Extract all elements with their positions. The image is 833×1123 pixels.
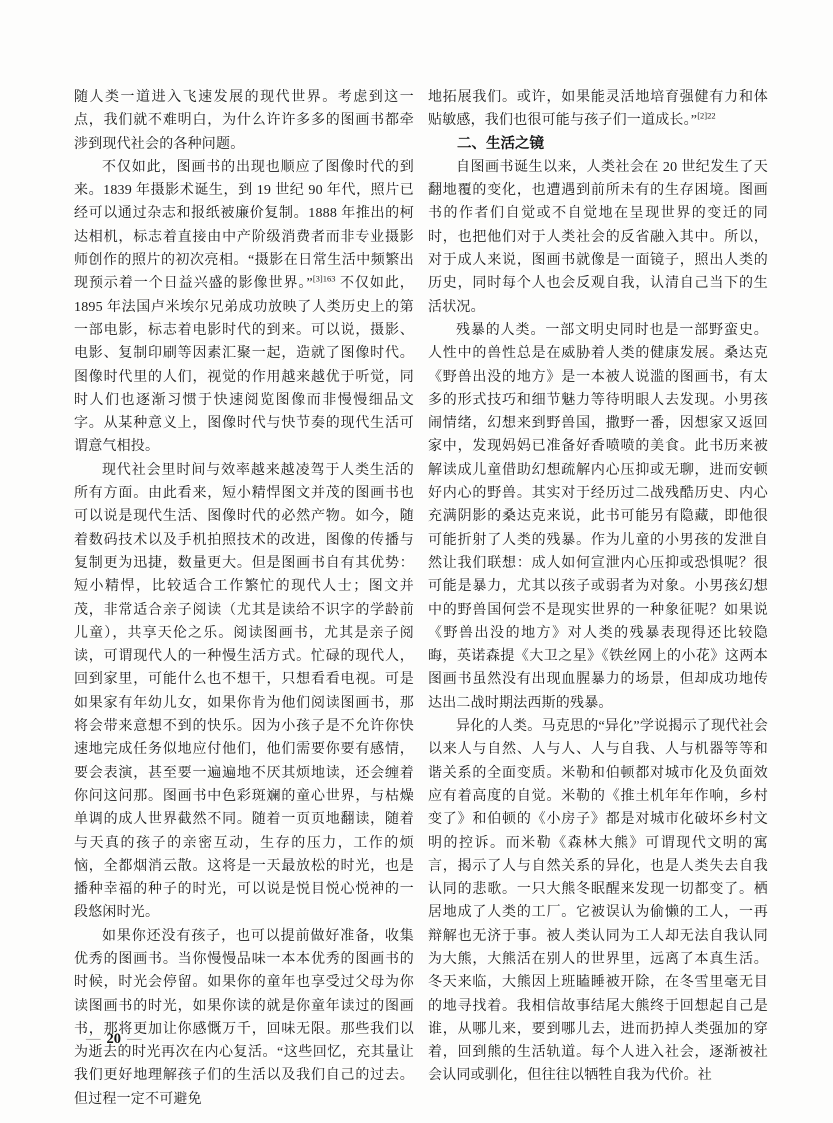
page-number-dash-right: —: [127, 1031, 142, 1047]
paragraph-text: 异化的人类。马克思的“异化”学说揭示了现代社会以来人与自然、人与人、人与自我、人…: [428, 719, 768, 1083]
paragraph-text: 随人类一道进入飞速发展的现代世界。考虑到这一点，我们就不难明白，为什么许许多多的…: [74, 90, 414, 152]
paragraph-text: 自图画书诞生以来，人类社会在 20 世纪发生了天翻地覆的变化，也遭遇到前所未有的…: [428, 160, 768, 315]
page-number-dash-left: —: [86, 1031, 101, 1047]
paragraph: 残暴的人类。一部文明史同时也是一部野蛮史。人性中的兽性总是在威胁着人类的健康发展…: [428, 319, 768, 715]
paragraph: 不仅如此，图画书的出现也顺应了图像时代的到来。1839 年摄影术诞生，到 19 …: [74, 156, 414, 459]
paragraph: 现代社会里时间与效率越来越凌驾于人类生活的所有方面。由此看来，短小精悍图文并茂的…: [74, 459, 414, 925]
paragraph-text: 残暴的人类。一部文明史同时也是一部野蛮史。人性中的兽性总是在威胁着人类的健康发展…: [428, 323, 768, 711]
page-number-value: 20: [101, 1031, 128, 1047]
paragraph-continuation: 地拓展我们。或许，如果能灵活地培育强健有力和体贴敏感，我们也很可能与孩子们一道成…: [428, 86, 768, 133]
paragraph-continuation: 随人类一道进入飞速发展的现代世界。考虑到这一点，我们就不难明白，为什么许许多多的…: [74, 86, 414, 156]
paragraph: 自图画书诞生以来，人类社会在 20 世纪发生了天翻地覆的变化，也遭遇到前所未有的…: [428, 156, 768, 319]
paragraph-text: 不仅如此，1895 年法国卢米埃尔兄弟成功放映了人类历史上的第一部电影，标志着电…: [74, 276, 414, 454]
left-column: 随人类一道进入飞速发展的现代世界。考虑到这一点，我们就不难明白，为什么许许多多的…: [74, 86, 414, 1111]
right-column: 地拓展我们。或许，如果能灵活地培育强健有力和体贴敏感，我们也很可能与孩子们一道成…: [428, 86, 768, 1111]
paragraph: 如果你还没有孩子，也可以提前做好准备，收集优秀的图画书。当你慢慢品味一本本优秀的…: [74, 925, 414, 1111]
citation-ref: [2]22: [697, 111, 715, 121]
page-number: —20—: [86, 1029, 142, 1049]
text-columns: 随人类一道进入飞速发展的现代世界。考虑到这一点，我们就不难明白，为什么许许多多的…: [74, 86, 768, 1111]
paragraph-text: 不仅如此，图画书的出现也顺应了图像时代的到来。1839 年摄影术诞生，到 19 …: [74, 160, 414, 291]
paragraph-text: 地拓展我们。或许，如果能灵活地培育强健有力和体贴敏感，我们也很可能与孩子们一道成…: [428, 90, 768, 128]
citation-ref: [3]163: [313, 274, 336, 284]
paragraph-text: 如果你还没有孩子，也可以提前做好准备，收集优秀的图画书。当你慢慢品味一本本优秀的…: [74, 929, 414, 1107]
section-heading: 二、生活之镜: [428, 133, 768, 156]
document-page: 随人类一道进入飞速发展的现代世界。考虑到这一点，我们就不难明白，为什么许许多多的…: [0, 0, 833, 1123]
paragraph-text: 现代社会里时间与效率越来越凌驾于人类生活的所有方面。由此看来，短小精悍图文并茂的…: [74, 463, 414, 921]
paragraph: 异化的人类。马克思的“异化”学说揭示了现代社会以来人与自然、人与人、人与自我、人…: [428, 715, 768, 1088]
